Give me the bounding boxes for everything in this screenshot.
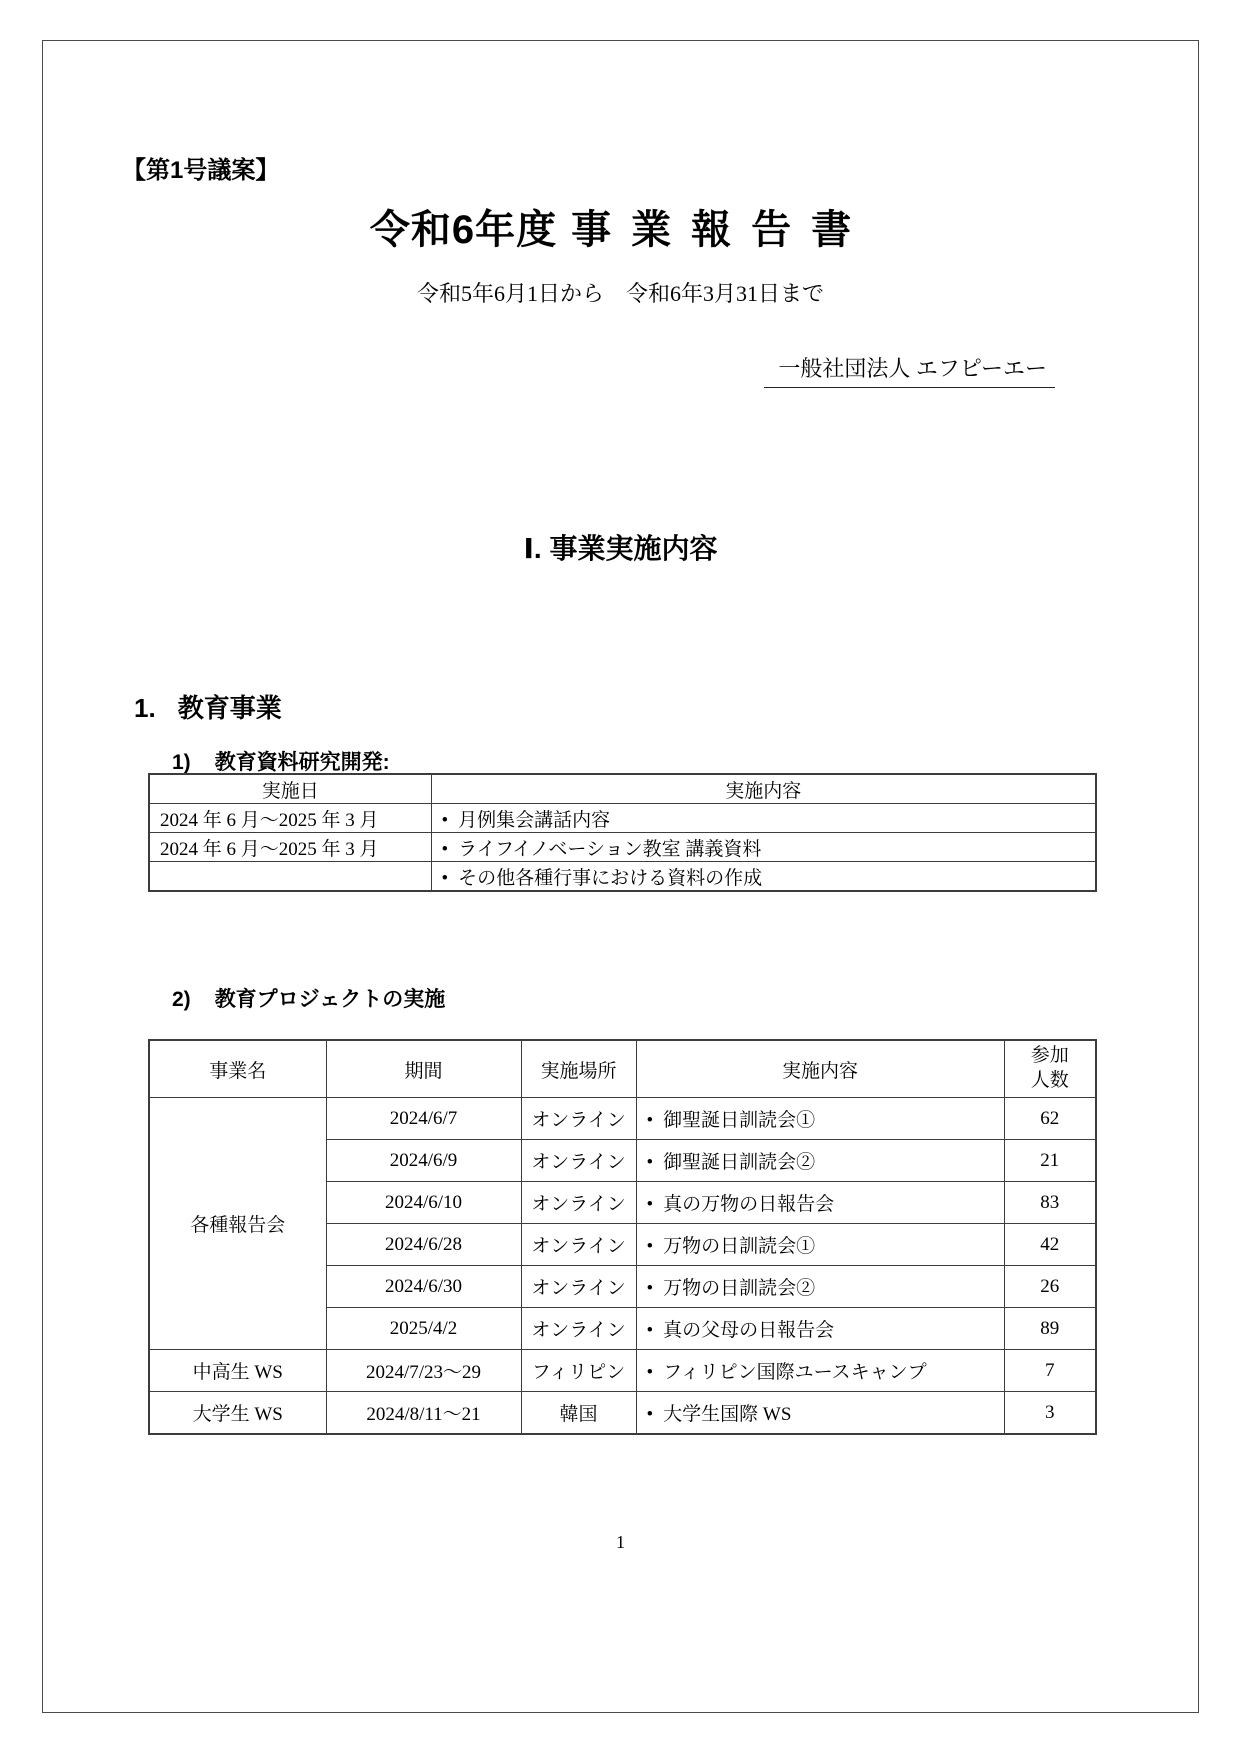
subheading-label: 教育資料研究開発: [215, 751, 390, 774]
subheading-number: 1) [172, 751, 191, 774]
content-cell: •万物の日訓読会① [636, 1224, 1004, 1266]
period-cell: 2024/8/11～21 [326, 1392, 521, 1435]
date-cell: 2024 年 6 月～2025 年 3 月 [149, 804, 431, 833]
content-text: フィリピン国際ユースキャンプ [663, 1362, 927, 1383]
content-text: その他各種行事における資料の作成 [458, 868, 762, 889]
content-text: 大学生国際 WS [663, 1404, 791, 1425]
subheading-projects: 2)教育プロジェクトの実施 [172, 983, 445, 1013]
period-cell: 2024/7/23～29 [326, 1350, 521, 1392]
count-cell: 7 [1004, 1350, 1096, 1392]
period-cell: 2024/6/7 [326, 1098, 521, 1140]
period-cell: 2025/4/2 [326, 1308, 521, 1350]
content-text: ライフイノベーション教室 講義資料 [458, 839, 761, 860]
count-cell: 21 [1004, 1140, 1096, 1182]
bullet-icon: • [442, 810, 449, 832]
content-cell: •御聖誕日訓読会① [636, 1098, 1004, 1140]
table-header-row: 事業名 期間 実施場所 実施内容 参加 人数 [149, 1040, 1096, 1098]
subheading-materials: 1)教育資料研究開発: [172, 746, 390, 776]
content-text: 月例集会講話内容 [458, 810, 610, 831]
table-row: 2024 年 6 月～2025 年 3 月 •月例集会講話内容 [149, 804, 1096, 833]
content-cell: •御聖誕日訓読会② [636, 1140, 1004, 1182]
report-title-era: 令和6年度 [370, 208, 557, 252]
section-heading: Ⅰ. 事業実施内容 [0, 527, 1241, 567]
heading-number: 1. [134, 693, 156, 723]
content-cell: •フィリピン国際ユースキャンプ [636, 1350, 1004, 1392]
count-cell: 83 [1004, 1182, 1096, 1224]
date-cell [149, 862, 431, 892]
place-cell: オンライン [521, 1224, 636, 1266]
period-cell: 2024/6/9 [326, 1140, 521, 1182]
date-cell: 2024 年 6 月～2025 年 3 月 [149, 833, 431, 862]
count-cell: 26 [1004, 1266, 1096, 1308]
count-cell: 42 [1004, 1224, 1096, 1266]
place-cell: フィリピン [521, 1350, 636, 1392]
name-cell: 大学生 WS [149, 1392, 326, 1435]
table-header-row: 実施日 実施内容 [149, 774, 1096, 804]
count-cell: 89 [1004, 1308, 1096, 1350]
bullet-icon: • [442, 839, 449, 861]
period-cell: 2024/6/30 [326, 1266, 521, 1308]
report-title: 令和6年度事業報告書 [0, 198, 1241, 255]
count-cell: 62 [1004, 1098, 1096, 1140]
document-page: { "bullet": "•", "page": { "case_label":… [0, 0, 1241, 1755]
period-cell: 2024/6/10 [326, 1182, 521, 1224]
content-text: 御聖誕日訓読会② [663, 1152, 815, 1173]
bullet-icon: • [647, 1194, 654, 1216]
organization-name: 一般社団法人 エフピーエー [764, 352, 1055, 388]
col-header-name: 事業名 [149, 1040, 326, 1098]
place-cell: オンライン [521, 1098, 636, 1140]
content-text: 万物の日訓読会② [663, 1278, 815, 1299]
content-cell: •大学生国際 WS [636, 1392, 1004, 1435]
col-header-period: 期間 [326, 1040, 521, 1098]
bullet-icon: • [647, 1404, 654, 1426]
content-text: 真の万物の日報告会 [663, 1194, 834, 1215]
report-title-main: 事業報告書 [571, 208, 871, 252]
content-cell: •ライフイノベーション教室 講義資料 [431, 833, 1096, 862]
place-cell: オンライン [521, 1266, 636, 1308]
content-cell: •その他各種行事における資料の作成 [431, 862, 1096, 892]
table-row: •その他各種行事における資料の作成 [149, 862, 1096, 892]
period-cell: 2024/6/28 [326, 1224, 521, 1266]
page-number: 1 [0, 1532, 1241, 1553]
col-header-content: 実施内容 [636, 1040, 1004, 1098]
subheading-number: 2) [172, 988, 191, 1011]
table-row: 大学生 WS 2024/8/11～21 韓国 •大学生国際 WS 3 [149, 1392, 1096, 1435]
bullet-icon: • [647, 1362, 654, 1384]
name-cell: 中高生 WS [149, 1350, 326, 1392]
table-row: 各種報告会 2024/6/7 オンライン •御聖誕日訓読会① 62 [149, 1098, 1096, 1140]
report-subtitle: 令和5年6月1日から 令和6年3月31日まで [0, 277, 1241, 308]
bullet-icon: • [647, 1110, 654, 1132]
table-row: 2024 年 6 月～2025 年 3 月 •ライフイノベーション教室 講義資料 [149, 833, 1096, 862]
content-text: 御聖誕日訓読会① [663, 1110, 815, 1131]
bullet-icon: • [442, 868, 449, 890]
bullet-icon: • [647, 1152, 654, 1174]
content-text: 万物の日訓読会① [663, 1236, 815, 1257]
col-header-count: 参加 人数 [1004, 1040, 1096, 1098]
content-cell: •真の万物の日報告会 [636, 1182, 1004, 1224]
case-label: 【第1号議案】 [122, 150, 279, 185]
projects-table: 事業名 期間 実施場所 実施内容 参加 人数 各種報告会 2024/6/7 オン… [148, 1039, 1097, 1435]
content-cell: •月例集会講話内容 [431, 804, 1096, 833]
count-cell: 3 [1004, 1392, 1096, 1435]
col-header-place: 実施場所 [521, 1040, 636, 1098]
place-cell: 韓国 [521, 1392, 636, 1435]
bullet-icon: • [647, 1236, 654, 1258]
col-header-content: 実施内容 [431, 774, 1096, 804]
heading-label: 教育事業 [178, 693, 282, 723]
bullet-icon: • [647, 1278, 654, 1300]
subheading-label: 教育プロジェクトの実施 [215, 988, 446, 1011]
content-cell: •万物の日訓読会② [636, 1266, 1004, 1308]
heading-education: 1.教育事業 [134, 688, 282, 725]
name-cell: 各種報告会 [149, 1098, 326, 1350]
materials-table: 実施日 実施内容 2024 年 6 月～2025 年 3 月 •月例集会講話内容… [148, 773, 1097, 892]
content-text: 真の父母の日報告会 [663, 1320, 834, 1341]
table-row: 中高生 WS 2024/7/23～29 フィリピン •フィリピン国際ユースキャン… [149, 1350, 1096, 1392]
place-cell: オンライン [521, 1140, 636, 1182]
bullet-icon: • [647, 1320, 654, 1342]
place-cell: オンライン [521, 1182, 636, 1224]
content-cell: •真の父母の日報告会 [636, 1308, 1004, 1350]
place-cell: オンライン [521, 1308, 636, 1350]
col-header-date: 実施日 [149, 774, 431, 804]
